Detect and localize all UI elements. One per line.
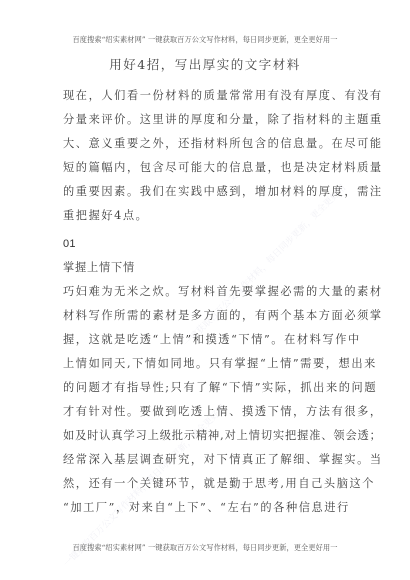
document-title: 用好4招，写出厚实的文字材料 — [0, 55, 410, 73]
paragraph-line: 然，还有一个关键环节，就是勤于思考,用自己头脑这个 — [63, 472, 363, 496]
paragraph-line: 如及时认真学习上级批示精神,对上情切实把握准、领会透； — [63, 424, 363, 448]
footer-banner: 百度搜索“绍实素材网” 一键获取百万公文写作材料，每日同步更新，更全更好用一 — [0, 543, 410, 553]
paragraph-line: 的问题才有指导性;只有了解“下情”实际，抓出来的问题 — [63, 376, 363, 400]
section-1: 01 掌握上情下情 巧妇难为无米之炊。写材料首先要掌握必需的大量的素材 材料写作… — [63, 232, 363, 520]
paragraph-line: “加工厂”，对来自“上下”、“左右”的各种信息进行 — [63, 496, 363, 520]
paragraph-line: 上情如同天,下情如同地。只有掌握“上情”需要，想出来 — [63, 352, 363, 376]
paragraph-line: 现在，人们看一份材料的质量常常用有没有厚度、有没有 — [63, 84, 363, 108]
paragraph-line: 短的篇幅内，包含尽可能大的信息量，也是决定材料质量 — [63, 156, 363, 180]
header-banner: 百度搜索“绍实素材网” 一键获取百万公文写作材料，每日同步更新，更全更好用一 — [0, 35, 410, 45]
paragraph-line: 巧妇难为无米之炊。写材料首先要掌握必需的大量的素材 — [63, 280, 363, 304]
paragraph-line: 的重要因素。我们在实践中感到，增加材料的厚度，需注 — [63, 180, 363, 204]
paragraph-line: 经常深入基层调查研究，对下情真正了解细、掌握实。当 — [63, 448, 363, 472]
intro-paragraph: 现在，人们看一份材料的质量常常用有没有厚度、有没有 分量来评价。这里讲的厚度和分… — [63, 84, 363, 228]
paragraph-line: 才有针对性。要做到吃透上情、摸透下情，方法有很多， — [63, 400, 363, 424]
paragraph-line: 分量来评价。这里讲的厚度和分量，除了指材料的主题重 — [63, 108, 363, 132]
section-number: 01 — [63, 232, 363, 256]
paragraph-line: 材料写作所需的素材是多方面的，有两个基本方面必须掌 — [63, 304, 363, 328]
section-title: 掌握上情下情 — [63, 256, 363, 280]
paragraph-line: 握，这就是吃透“上情”和摸透“下情”。在材料写作中 — [63, 328, 363, 352]
paragraph-line: 大、意义重要之外，还指材料所包含的信息量。在尽可能 — [63, 132, 363, 156]
paragraph-line: 重把握好4点。 — [63, 204, 363, 228]
